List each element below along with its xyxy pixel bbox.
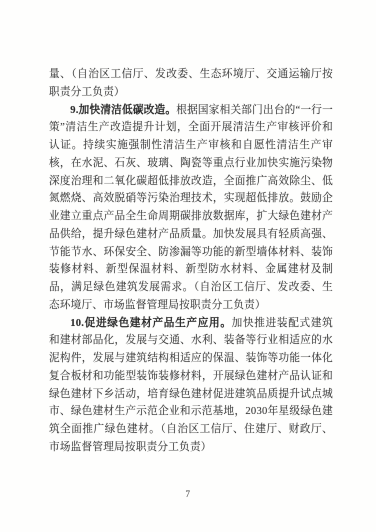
paragraph-item-9-heading: 9.加快清洁低碳改造。 [70,105,176,116]
paragraph-item-10-text: 加快推进装配式建筑和建材部品化，发展与交通、水利、装备等行业相适应的水泥构件，发… [49,318,333,453]
page-number: 7 [0,489,376,499]
paragraph-item-10: 10.促进绿色建材产品生产应用。加快推进装配式建筑和建材部品化，发展与交通、水利… [49,315,333,457]
paragraph-item-9-text: 根据国家相关部门出台的“一行一策”清洁生产改造提升计划，全面开展清洁生产审核评价… [49,105,333,311]
paragraph-item-9: 9.加快清洁低碳改造。根据国家相关部门出台的“一行一策”清洁生产改造提升计划，全… [49,102,333,315]
document-page: 量、（自治区工信厅、发改委、生态环境厅、交通运输厅按职责分工负责） 9.加快清洁… [0,0,376,532]
paragraph-continuation: 量、（自治区工信厅、发改委、生态环境厅、交通运输厅按职责分工负责） [49,66,333,102]
paragraph-item-10-heading: 10.促进绿色建材产品生产应用。 [70,318,231,329]
paragraph-continuation-text: 量、（自治区工信厅、发改委、生态环境厅、交通运输厅按职责分工负责） [49,69,333,98]
text-block: 量、（自治区工信厅、发改委、生态环境厅、交通运输厅按职责分工负责） 9.加快清洁… [49,66,333,457]
